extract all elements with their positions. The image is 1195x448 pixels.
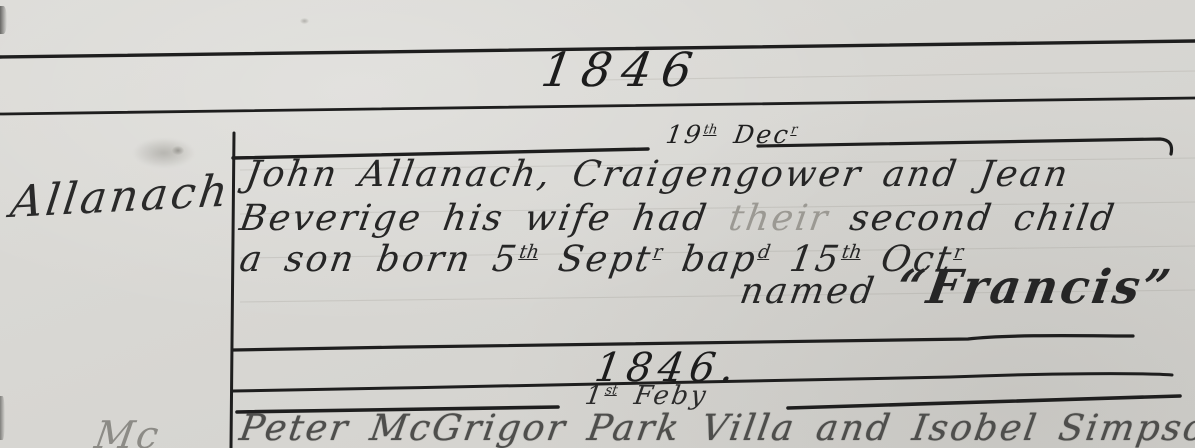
entry2-line-parents: Peter McGrigor Park Villa and Isobel Sim… (237, 410, 1195, 448)
parish-register-scan: 1846 Allanach Mc 19th Decr John Allanach… (0, 0, 1195, 448)
margin-surname-partial-next-entry: Mc (92, 416, 164, 448)
entry1-line-child-name: named “Francis” (737, 263, 1176, 312)
year-heading-top: 1846 (538, 46, 705, 95)
top-rule-lower (0, 98, 1195, 114)
entry1-line-wife-child: Beverige his wife had their second child (237, 200, 1119, 238)
margin-surname-allanach: Allanach (8, 169, 233, 227)
entry2-date-heading: 1st Feby (583, 383, 710, 410)
page-edge-mark-top (0, 6, 7, 34)
date-flank-dash-right (788, 396, 1180, 408)
entry1-line-parents: John Allanach, Craigengower and Jean (243, 156, 1073, 194)
paper-speck (300, 18, 309, 24)
entry-box-top-border-right (758, 139, 1172, 154)
entry1-date-heading: 19th Decr (664, 122, 799, 148)
ink-speck (172, 146, 184, 155)
ink-smudge (133, 138, 195, 168)
page-edge-mark-bottom (0, 396, 5, 440)
